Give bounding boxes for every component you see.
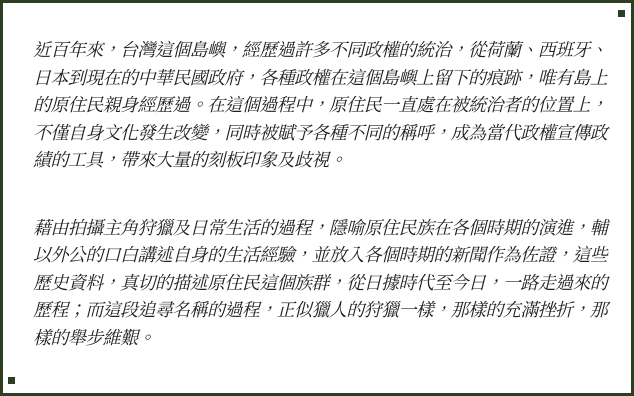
text-line: 藉由拍攝主角狩獵及日常生活的過程，隱喻原住民族在各個時期的演進，輔 bbox=[33, 215, 613, 243]
text-line: 近百年來，台灣這個島嶼，經歷過許多不同政權的統治，從荷蘭、西班牙、 bbox=[33, 37, 613, 65]
paragraph-2: 藉由拍攝主角狩獵及日常生活的過程，隱喻原住民族在各個時期的演進，輔 以外公的口白… bbox=[33, 215, 613, 353]
text-line: 績的工具，帶來大量的刻板印象及歧視。 bbox=[33, 147, 613, 175]
text-line: 的原住民親身經歷過。在這個過程中，原住民一直處在被統治者的位置上， bbox=[33, 92, 613, 120]
corner-marker-top-right bbox=[618, 10, 625, 17]
body-text: 近百年來，台灣這個島嶼，經歷過許多不同政權的統治，從荷蘭、西班牙、 日本到現在的… bbox=[33, 37, 613, 352]
text-line: 歷程；而這段追尋名稱的過程，正似獵人的狩獵一樣，那樣的充滿挫折，那 bbox=[33, 297, 613, 325]
text-line: 日本到現在的中華民國政府，各種政權在這個島嶼上留下的痕跡，唯有島上 bbox=[33, 65, 613, 93]
text-line: 樣的舉步維艱。 bbox=[33, 325, 613, 353]
corner-marker-bottom-left bbox=[8, 377, 15, 384]
text-line: 不僅自身文化發生改變，同時被賦予各種不同的稱呼，成為當代政權宣傳政 bbox=[33, 120, 613, 148]
paragraph-1: 近百年來，台灣這個島嶼，經歷過許多不同政權的統治，從荷蘭、西班牙、 日本到現在的… bbox=[33, 37, 613, 175]
text-line: 歷史資料，真切的描述原住民這個族群，從日據時代至今日，一路走過來的 bbox=[33, 270, 613, 298]
page-frame: 近百年來，台灣這個島嶼，經歷過許多不同政權的統治，從荷蘭、西班牙、 日本到現在的… bbox=[0, 0, 634, 396]
text-line: 以外公的口白講述自身的生活經驗，並放入各個時期的新聞作為佐證，這些 bbox=[33, 242, 613, 270]
